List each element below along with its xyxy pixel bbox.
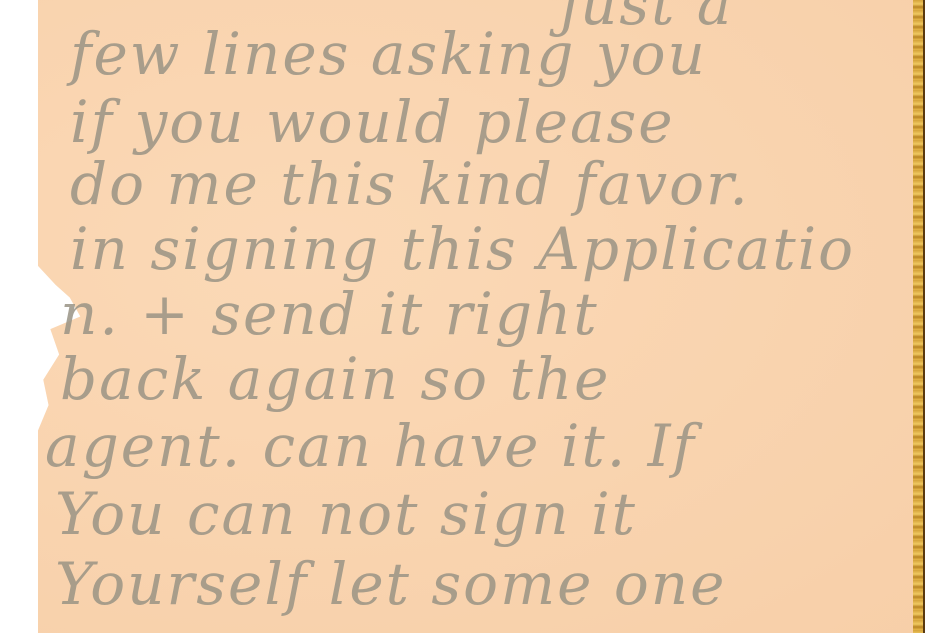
- handwritten-line: agent. can have it. If: [45, 412, 696, 480]
- handwritten-line: in signing this Applicatio: [70, 215, 855, 283]
- handwritten-line: back again so the: [60, 345, 611, 413]
- handwritten-line: if you would please: [70, 88, 675, 156]
- handwritten-line: n. + send it right: [60, 280, 599, 348]
- handwritten-line: You can not sign it: [55, 480, 637, 548]
- gilt-deckled-edge: [913, 0, 925, 633]
- handwritten-line: Yourself let some one: [55, 550, 726, 618]
- handwritten-line: few lines asking you: [70, 20, 707, 88]
- handwritten-line: do me this kind favor.: [70, 150, 750, 218]
